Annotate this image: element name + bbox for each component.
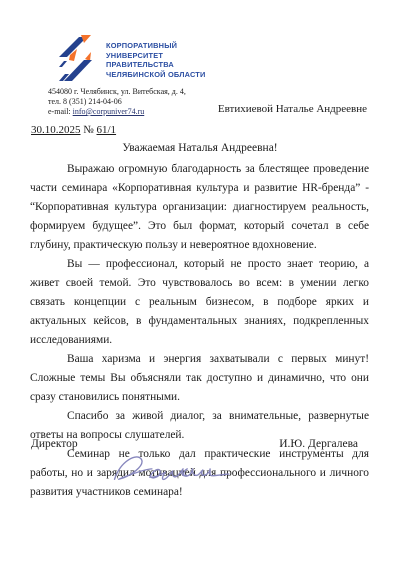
handwritten-signature <box>100 446 235 498</box>
number-sign: № <box>83 124 94 136</box>
logo-line-1: КОРПОРАТИВНЫЙ <box>106 41 206 51</box>
university-name: КОРПОРАТИВНЫЙ УНИВЕРСИТЕТ ПРАВИТЕЛЬСТВА … <box>106 41 206 79</box>
letter-number: 61/1 <box>97 124 117 136</box>
signer-name: И.Ю. Дергалева <box>279 438 358 450</box>
signer-position: Директор <box>31 438 78 450</box>
paragraph-2: Вы — профессионал, который не просто зна… <box>30 255 369 350</box>
phone-line: тел. 8 (351) 214-04-06 <box>48 97 186 107</box>
university-logo-icon <box>57 34 101 84</box>
letterhead: КОРПОРАТИВНЫЙ УНИВЕРСИТЕТ ПРАВИТЕЛЬСТВА … <box>57 34 206 84</box>
email-label: e-mail: <box>48 107 73 116</box>
contact-block: 454080 г. Челябинск, ул. Витебская, д. 4… <box>48 87 186 117</box>
logo-line-3: ПРАВИТЕЛЬСТВА <box>106 60 206 70</box>
letter-date: 30.10.2025 <box>31 124 81 136</box>
salutation: Уважаемая Наталья Андреевна! <box>0 142 400 154</box>
logo-line-4: ЧЕЛЯБИНСКОЙ ОБЛАСТИ <box>106 70 206 80</box>
email-link[interactable]: info@corpuniver74.ru <box>73 107 145 116</box>
address-line: 454080 г. Челябинск, ул. Витебская, д. 4… <box>48 87 186 97</box>
addressee: Евтихиевой Наталье Андреевне <box>218 103 367 115</box>
email-line: e-mail: info@corpuniver74.ru <box>48 107 186 117</box>
logo-line-2: УНИВЕРСИТЕТ <box>106 51 206 61</box>
paragraph-3: Ваша харизма и энергия захватывали с пер… <box>30 350 369 407</box>
paragraph-1: Выражаю огромную благодарность за блестя… <box>30 160 369 255</box>
reference-line: 30.10.2025 № 61/1 <box>31 124 116 136</box>
letter-page: КОРПОРАТИВНЫЙ УНИВЕРСИТЕТ ПРАВИТЕЛЬСТВА … <box>0 0 400 566</box>
